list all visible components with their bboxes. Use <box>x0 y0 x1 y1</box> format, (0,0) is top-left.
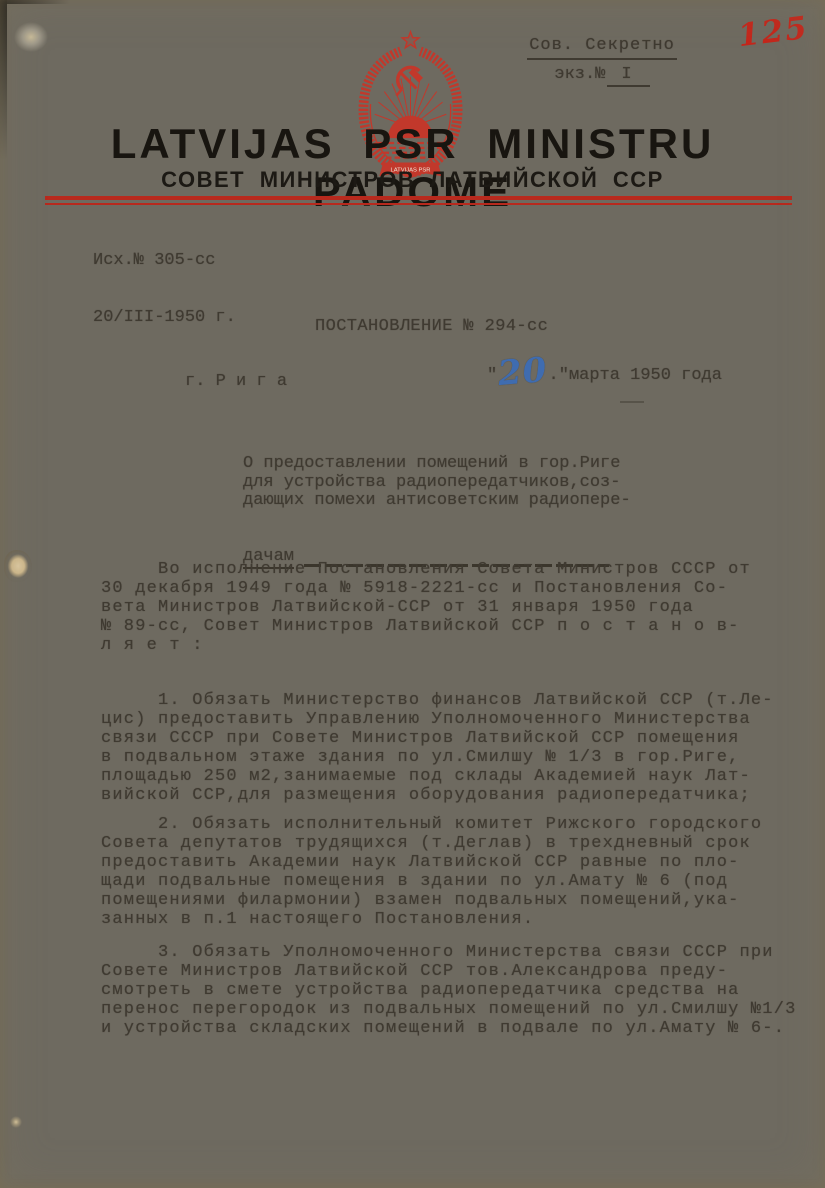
paper-scuff <box>14 22 48 52</box>
outgoing-date: 20/III-1950 г. <box>93 308 236 327</box>
date-close-quote: ." <box>549 366 569 385</box>
document-page: 125 Сов. Секретно экз.№I <box>0 0 825 1188</box>
secrecy-stamp: Сов. Секретно <box>527 36 677 60</box>
paper-stain <box>10 1116 22 1128</box>
secrecy-block: Сов. Секретно экз.№I <box>522 36 682 87</box>
paper-edge-shadow-top <box>0 0 70 4</box>
clause-1-paragraph: 1. Обязать Министерство финансов Латвийс… <box>101 691 819 805</box>
date-open-quote: " <box>487 366 497 385</box>
clause-3-paragraph: 3. Обязать Уполномоченного Министерства … <box>101 943 819 1038</box>
date-month-year: марта 1950 года <box>569 366 722 385</box>
handwritten-day: 20 <box>498 370 547 374</box>
divider-rule-thin <box>45 203 792 205</box>
divider-rule-thick <box>45 196 792 200</box>
copy-number-row: экз.№I <box>522 65 682 87</box>
org-name-russian: СОВЕТ МИНИСТРОВ ЛАТВИЙСКОЙ ССР <box>0 167 825 193</box>
place-label: г. Р и г а <box>185 372 287 391</box>
outgoing-number: Исх.№ 305-сс <box>93 251 236 270</box>
date-line: " 20 ." марта 1950 года <box>487 366 722 385</box>
date-underline-mark <box>620 401 644 403</box>
clause-2-paragraph: 2. Обязать исполнительный комитет Рижско… <box>101 815 819 929</box>
preamble-paragraph: Во исполнение Постановления Совета Минис… <box>101 560 819 655</box>
decree-body: Во исполнение Постановления Совета Минис… <box>101 560 819 1038</box>
copy-label: экз.№ <box>554 65 605 84</box>
outgoing-reference: Исх.№ 305-сс 20/III-1950 г. <box>93 213 236 365</box>
paper-hole <box>4 550 32 582</box>
subject-text: О предоставлении помещений в гор.Риге дл… <box>243 455 703 511</box>
page-number-handwritten: 125 <box>736 10 811 54</box>
copy-number: I <box>607 65 649 87</box>
decree-title: ПОСТАНОВЛЕНИЕ № 294-сс <box>315 317 548 336</box>
